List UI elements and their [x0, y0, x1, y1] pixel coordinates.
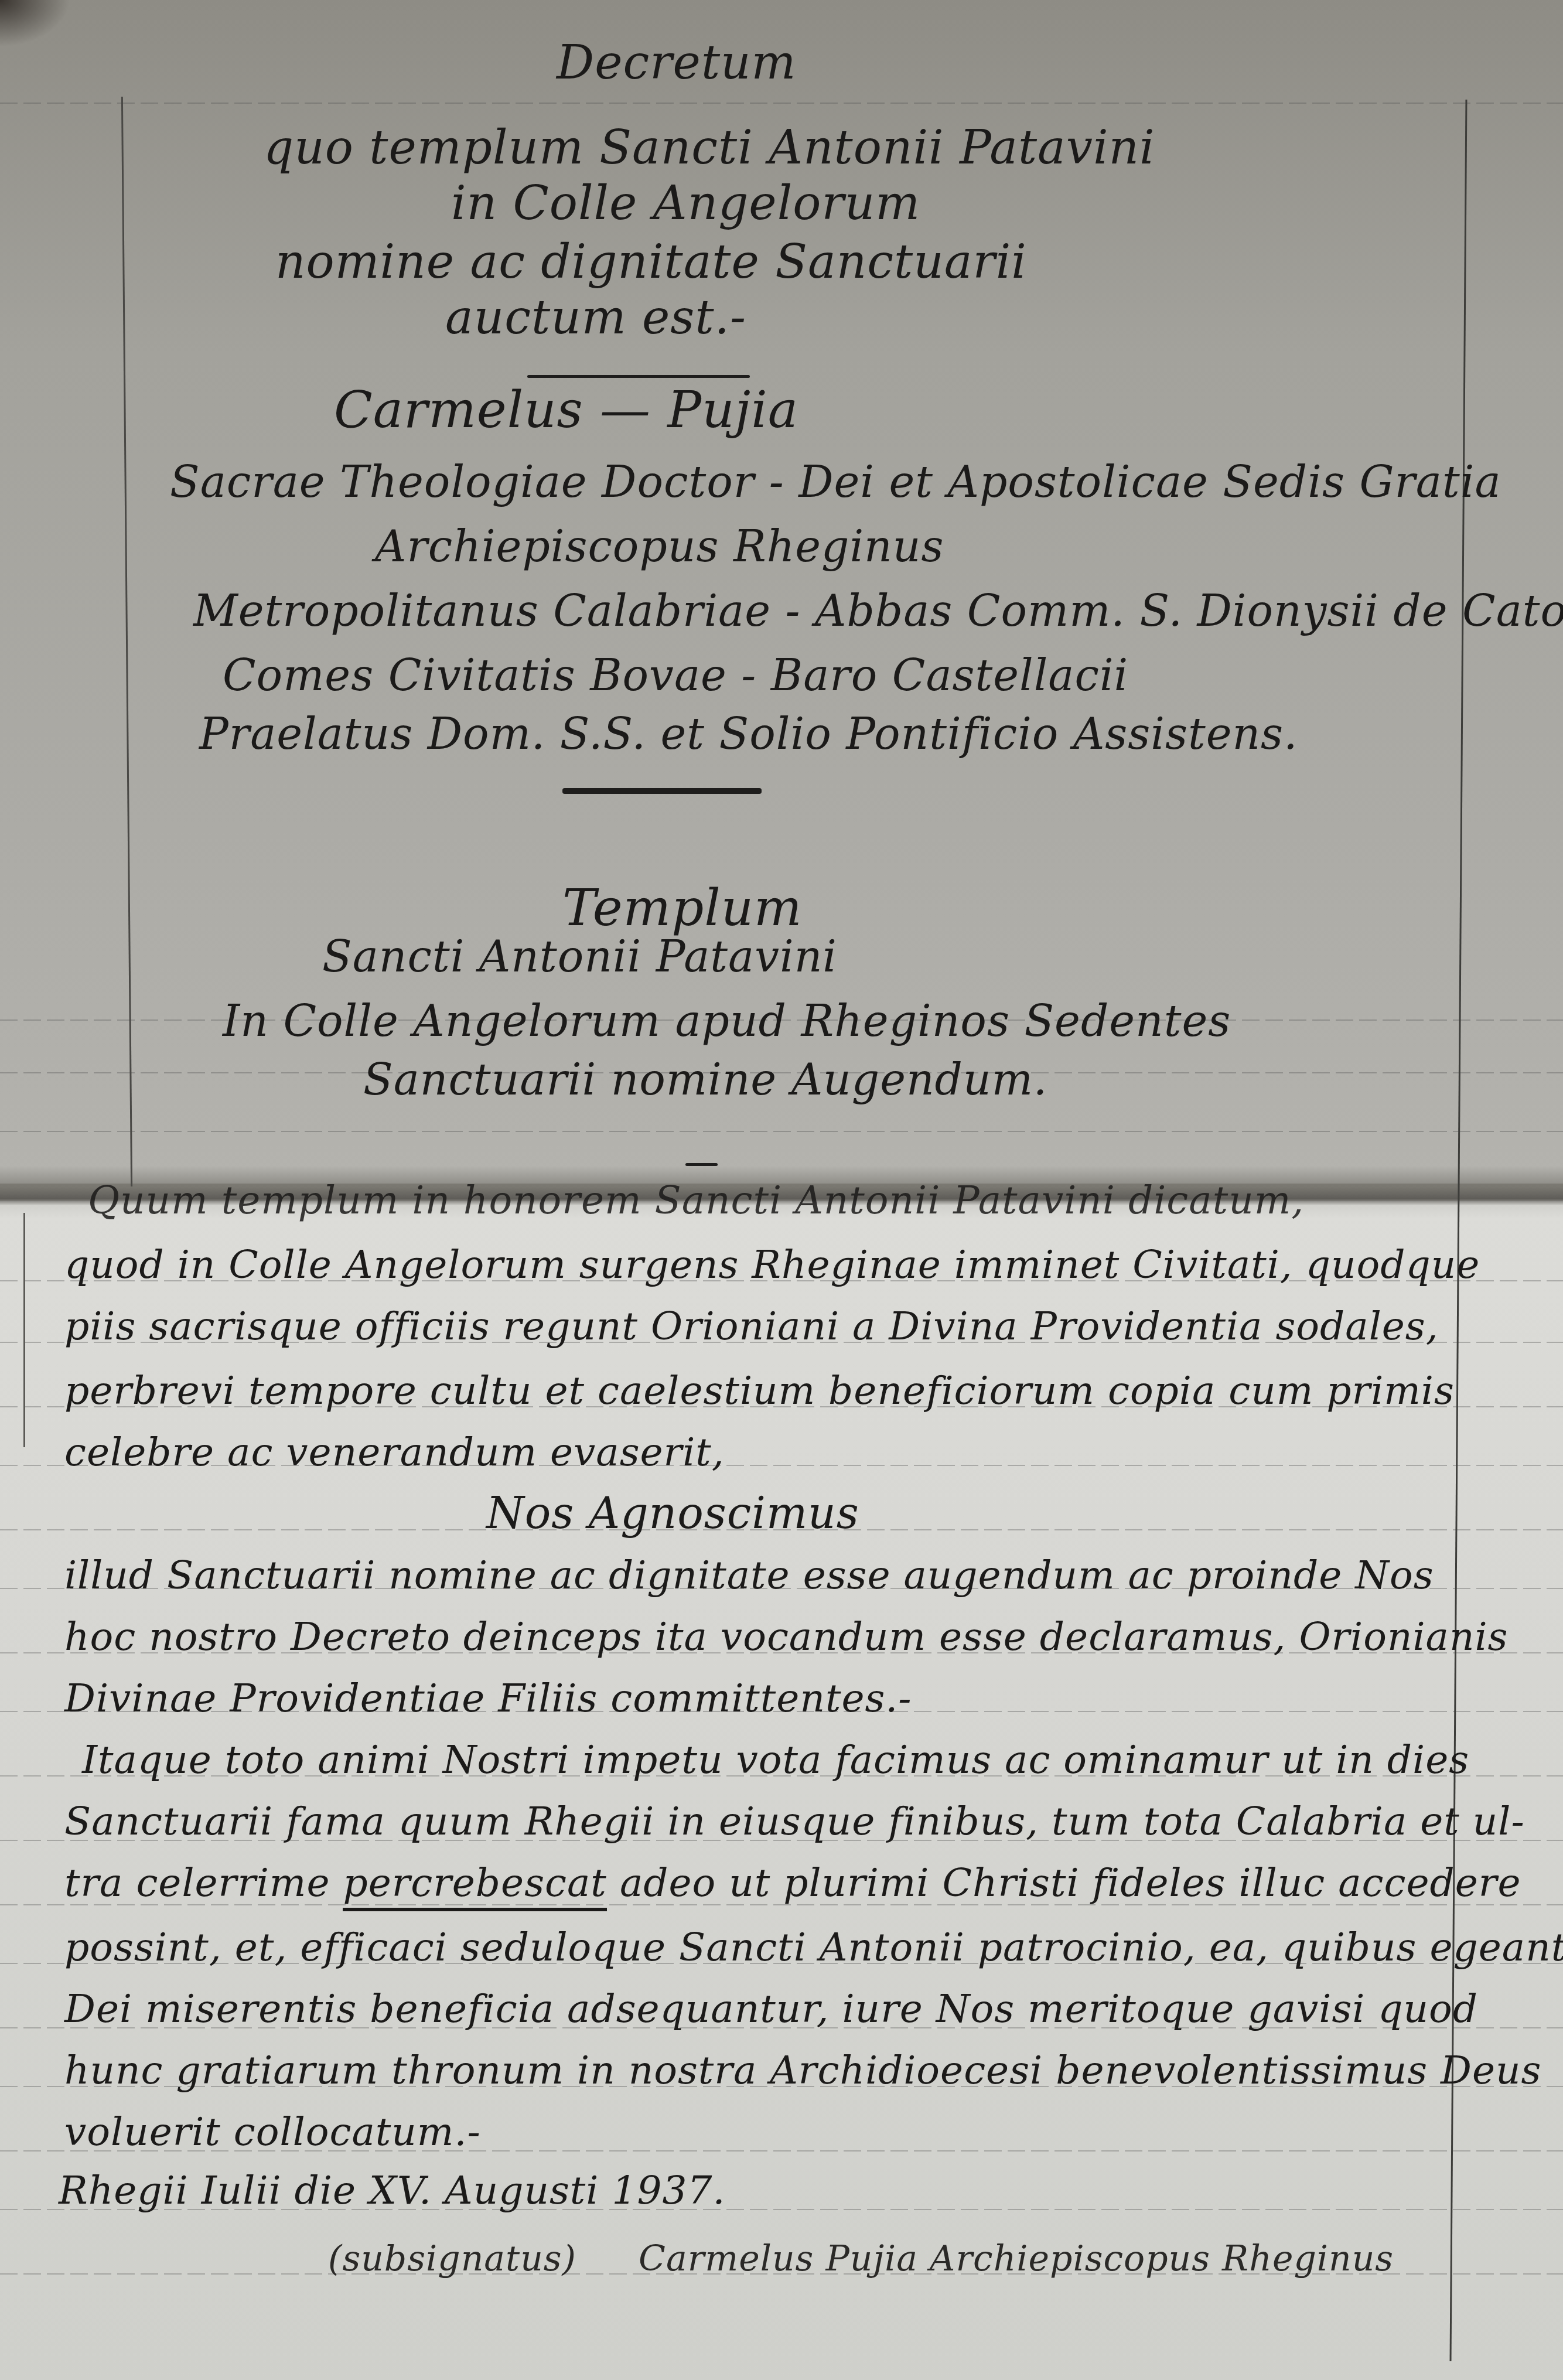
body-p3-line-3: tra celerrime percrebescat adeo ut pluri… — [64, 1860, 1521, 1905]
body-p1-line-1: Quum templum in honorem Sancti Antonii P… — [88, 1178, 1304, 1223]
date-line: Rhegii Iulii die XV. Augusti 1937. — [59, 2168, 725, 2213]
subscription-note: (subsignatus) — [328, 2238, 576, 2279]
subject-line-3: Sanctuarii nomine Augendum. — [363, 1055, 1047, 1105]
declaration-heading: Nos Agnoscimus — [486, 1488, 859, 1539]
corner-shadow — [0, 0, 70, 47]
subject-line-2: In Colle Angelorum apud Rheginos Sedente… — [223, 996, 1231, 1046]
body-p1-line-5: celebre ac venerandum evaserit, — [64, 1430, 725, 1475]
issuer-name: Carmelus — Pujia — [334, 381, 798, 439]
body-p3-line-6: hunc gratiarum thronum in nostra Archidi… — [64, 2048, 1541, 2093]
ruled-line — [0, 1131, 1563, 1132]
body-p3-line-3-post: adeo ut plurimi Christi fideles illuc ac… — [620, 1860, 1521, 1905]
decree-title: Decretum — [557, 35, 796, 90]
body-p3-line-7: voluerit collocatum.- — [64, 2109, 481, 2154]
body-p2-line-2: hoc nostro Decreto deinceps ita vocandum… — [64, 1614, 1508, 1659]
body-p1-line-4: perbrevi tempore cultu et caelestium ben… — [64, 1368, 1455, 1413]
body-p3-line-2: Sanctuarii fama quum Rhegii in eiusque f… — [64, 1799, 1525, 1844]
body-p3-line-3-pre: tra celerrime — [64, 1860, 330, 1905]
margin-line-left-lower — [23, 1213, 25, 1447]
heading-line-1: quo templum Sancti Antonii Patavini — [264, 120, 1155, 175]
body-p3-line-1: Itaque toto animi Nostri impetu vota fac… — [82, 1737, 1469, 1782]
body-p3-line-4: possint, et, efficaci seduloque Sancti A… — [64, 1925, 1563, 1970]
underlined-word: percrebescat — [343, 1860, 606, 1911]
heading-line-4: auctum est.- — [445, 290, 746, 345]
ruled-line — [0, 103, 1563, 104]
subject-line-1: Sancti Antonii Patavini — [322, 932, 837, 982]
body-p2-line-1: illud Sanctuarii nomine ac dignitate ess… — [64, 1553, 1434, 1598]
heading-line-2: in Colle Angelorum — [451, 176, 920, 230]
body-p1-line-2: quod in Colle Angelorum surgens Rheginae… — [64, 1242, 1480, 1287]
issuer-title-4: Comes Civitatis Bovae - Baro Castellacii — [223, 650, 1128, 701]
small-dash — [685, 1163, 718, 1166]
separator-rule-bold — [562, 788, 762, 794]
archbishop-signature: Carmelus Pujia Archiepiscopus Rheginus — [639, 2238, 1394, 2279]
body-p1-line-3: piis sacrisque officiis regunt Orioniani… — [64, 1304, 1439, 1349]
issuer-title-3: Metropolitanus Calabriae - Abbas Comm. S… — [193, 586, 1563, 636]
heading-line-3: nomine ac dignitate Sanctuarii — [275, 234, 1027, 289]
body-p3-line-5: Dei miserentis beneficia adsequantur, iu… — [64, 1986, 1478, 2031]
issuer-title-5: Praelatus Dom. S.S. et Solio Pontificio … — [199, 709, 1298, 759]
document-sheet: Decretum quo templum Sancti Antonii Pata… — [0, 0, 1563, 2380]
body-p2-line-3: Divinae Providentiae Filiis committentes… — [64, 1676, 912, 1721]
subject-title: Templum — [562, 879, 803, 937]
separator-rule — [527, 375, 750, 378]
issuer-title-1: Sacrae Theologiae Doctor - Dei et Aposto… — [170, 457, 1501, 507]
issuer-title-2: Archiepiscopus Rheginus — [375, 521, 944, 572]
